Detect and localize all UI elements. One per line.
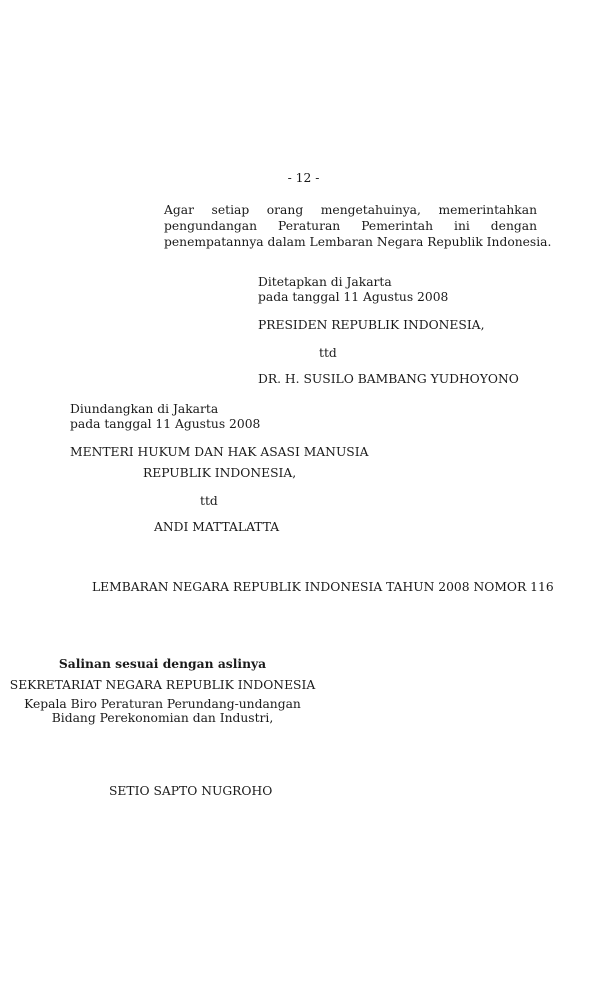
certified-copy-signatory: SETIO SAPTO NUGROHO: [109, 783, 272, 799]
enactment-place: Ditetapkan di Jakarta: [258, 274, 392, 290]
gazette-reference: LEMBARAN NEGARA REPUBLIK INDONESIA TAHUN…: [92, 579, 554, 595]
enactment-date: pada tanggal 11 Agustus 2008: [258, 289, 448, 305]
enactment-signed: ttd: [319, 345, 337, 361]
paragraph-line: pengundangan Peraturan Pemerintah ini de…: [164, 218, 537, 234]
certified-copy-heading: Salinan sesuai dengan aslinya: [0, 656, 325, 672]
promulgation-signatory: ANDI MATTALATTA: [154, 519, 279, 535]
certified-copy-position-line2: Bidang Perekonomian dan Industri,: [0, 710, 325, 726]
certified-copy-office: SEKRETARIAT NEGARA REPUBLIK INDONESIA: [0, 677, 325, 693]
enactment-title: PRESIDEN REPUBLIK INDONESIA,: [258, 317, 484, 333]
closing-paragraph: Agar setiap orang mengetahuinya, memerin…: [164, 202, 537, 250]
page-number: - 12 -: [0, 170, 607, 186]
promulgation-title-line2: REPUBLIK INDONESIA,: [143, 465, 296, 481]
promulgation-date: pada tanggal 11 Agustus 2008: [70, 416, 260, 432]
enactment-signatory: DR. H. SUSILO BAMBANG YUDHOYONO: [258, 371, 519, 387]
paragraph-line: Agar setiap orang mengetahuinya, memerin…: [164, 202, 537, 218]
promulgation-signed: ttd: [200, 493, 218, 509]
promulgation-title-line1: MENTERI HUKUM DAN HAK ASASI MANUSIA: [70, 444, 368, 460]
promulgation-place: Diundangkan di Jakarta: [70, 401, 218, 417]
paragraph-line: penempatannya dalam Lembaran Negara Repu…: [164, 234, 537, 250]
